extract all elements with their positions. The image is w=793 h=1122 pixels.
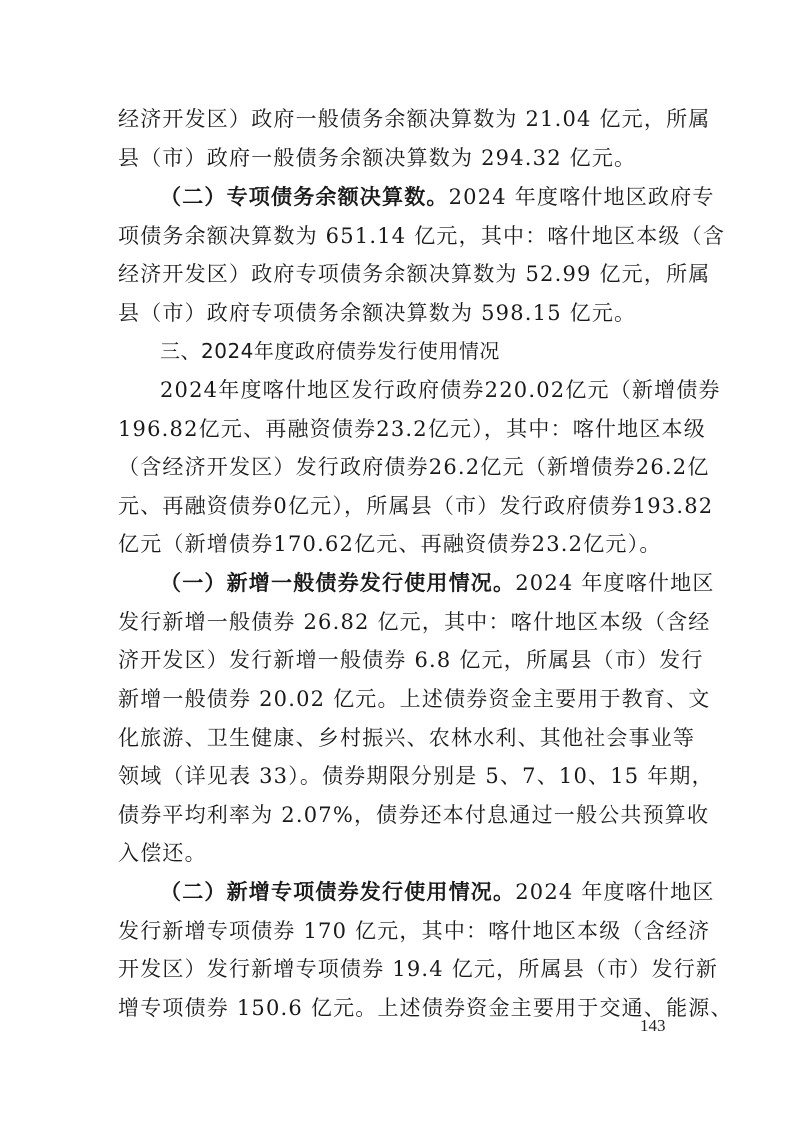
subheading-line: （二）新增专项债券发行使用情况。2024 年度喀什地区 xyxy=(160,877,678,907)
paragraph-line: 新增一般债券 20.02 亿元。上述债券资金主要用于教育、文 xyxy=(118,684,678,714)
paragraph-line: 经济开发区）政府一般债务余额决算数为 21.04 亿元，所属 xyxy=(118,104,678,134)
paragraph-text: 2024 年度喀什地区 xyxy=(515,880,714,904)
paragraph-line: 领域（详见表 33）。债券期限分别是 5、7、10、15 年期， xyxy=(118,761,678,791)
subheading-line: （一）新增一般债券发行使用情况。2024 年度喀什地区 xyxy=(160,568,678,598)
subheading-new-special-bonds: （二）新增专项债券发行使用情况。 xyxy=(160,879,515,904)
paragraph-line: 经济开发区）政府专项债务余额决算数为 52.99 亿元，所属 xyxy=(118,259,678,289)
paragraph-text: 2024 年度喀什地区 xyxy=(515,571,714,595)
subheading-new-general-bonds: （一）新增一般债券发行使用情况。 xyxy=(160,570,515,595)
paragraph-line: 发行新增专项债券 170 亿元，其中：喀什地区本级（含经济 xyxy=(118,916,678,946)
paragraph-line: 债券平均利率为 2.07%，债券还本付息通过一般公共预算收 xyxy=(118,800,678,830)
paragraph-text: 2024 年度喀什地区政府专 xyxy=(449,185,715,209)
paragraph-line: 入偿还。 xyxy=(118,838,678,868)
subheading-line: （二）专项债务余额决算数。2024 年度喀什地区政府专 xyxy=(160,182,678,212)
paragraph-line: 亿元（新增债券170.62亿元、再融资债券23.2亿元）。 xyxy=(118,529,678,559)
page-number: 143 xyxy=(640,1016,666,1036)
paragraph-line: 开发区）发行新增专项债券 19.4 亿元，所属县（市）发行新 xyxy=(118,954,678,984)
section-heading-bond-issuance: 三、2024年度政府债券发行使用情况 xyxy=(160,336,678,366)
paragraph-line: 元、再融资债券0亿元），所属县（市）发行政府债券193.82 xyxy=(118,491,678,521)
paragraph-line: （含经济开发区）发行政府债券26.2亿元（新增债券26.2亿 xyxy=(118,452,678,482)
paragraph-line: 196.82亿元、再融资债券23.2亿元），其中：喀什地区本级 xyxy=(118,414,678,444)
paragraph-line: 县（市）政府一般债务余额决算数为 294.32 亿元。 xyxy=(118,143,678,173)
paragraph-line: 增专项债券 150.6 亿元。上述债券资金主要用于交通、能源、 xyxy=(118,993,678,1023)
paragraph-line: 发行新增一般债券 26.82 亿元，其中：喀什地区本级（含经 xyxy=(118,607,678,637)
paragraph-line: 化旅游、卫生健康、乡村振兴、农林水利、其他社会事业等 xyxy=(118,723,678,753)
subheading-special-debt-balance: （二）专项债务余额决算数。 xyxy=(160,184,449,209)
paragraph-line: 县（市）政府专项债务余额决算数为 598.15 亿元。 xyxy=(118,298,678,328)
paragraph-line: 济开发区）发行新增一般债券 6.8 亿元，所属县（市）发行 xyxy=(118,645,678,675)
paragraph-line: 2024年度喀什地区发行政府债券220.02亿元（新增债券 xyxy=(160,375,678,405)
paragraph-line: 项债务余额决算数为 651.14 亿元，其中：喀什地区本级（含 xyxy=(118,221,678,251)
